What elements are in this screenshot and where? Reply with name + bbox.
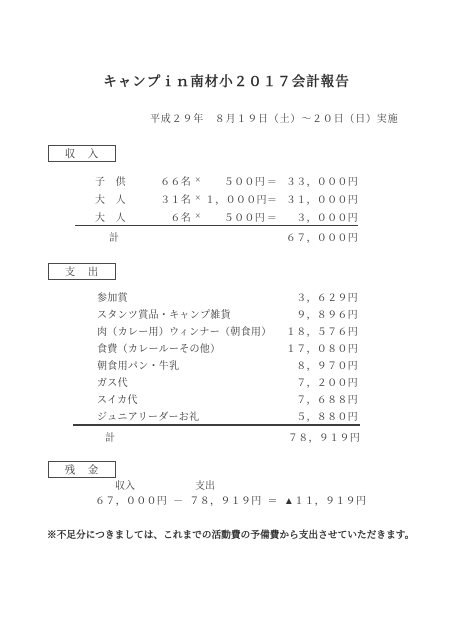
expense-row: ジュニアリーダーお礼 ５，８８０円 [75, 407, 358, 424]
expense-item-label: スタンツ賞品・キャンプ雑貨 [75, 306, 231, 321]
expense-item-label: ジュニアリーダーお礼 [75, 408, 199, 423]
expense-total-amount: ７８，９１９円 [288, 429, 360, 444]
expense-table: 参加賞 ３，６２９円 スタンツ賞品・キャンプ雑貨 ９，８９６円 肉（カレー用）ウ… [75, 288, 358, 424]
income-total-row: 計 ６７，０００円 [75, 225, 358, 245]
expense-item-label: 参加賞 [75, 289, 128, 304]
income-row: 大 人 ３１名 × １，０００円 ＝ ３１，０００円 [75, 189, 358, 207]
equals-sign: ＝ [265, 191, 279, 206]
section-header-income: 収 入 [48, 145, 116, 162]
section-header-balance: 残 金 [48, 461, 116, 478]
minus-sign: － [173, 492, 183, 507]
expense-item-label: 食費（カレールーその他） [75, 340, 220, 355]
income-item-label: 大 人 [75, 209, 143, 224]
expense-item-amount: ７，６８８円 [296, 391, 358, 406]
expense-item-amount: １８，５７６円 [286, 323, 358, 338]
expense-row: 朝食用パン・牛乳 ８，９７０円 [75, 356, 358, 373]
income-header-label: 収 入 [65, 146, 100, 161]
income-item-unit-price: ５００円 [205, 209, 265, 224]
income-item-count: ３１名 [143, 191, 191, 206]
expense-row: スタンツ賞品・キャンプ雑貨 ９，８９６円 [75, 305, 358, 322]
expense-row: 参加賞 ３，６２９円 [75, 288, 358, 305]
expense-item-label: 朝食用パン・牛乳 [75, 357, 179, 372]
balance-income-label: 収入 [115, 477, 135, 492]
multiply-sign: × [191, 211, 205, 222]
footnote: ※不足分につきましては、これまでの活動費の予備費から支出させていただきます。 [47, 527, 414, 541]
expense-row: 食費（カレールーその他） １７，０８０円 [75, 339, 358, 356]
income-item-amount: ３３，０００円 [279, 173, 358, 188]
expense-total-row: 計 ７８，９１９円 [73, 424, 360, 444]
income-row: 子 供 ６６名 × ５００円 ＝ ３３，０００円 [75, 171, 358, 189]
income-row: 大 人 ６名 × ５００円 ＝ ３，０００円 [75, 207, 358, 225]
expense-item-amount: ５，８８０円 [296, 408, 358, 423]
equals-sign: ＝ [268, 492, 278, 507]
expense-row: 肉（カレー用）ウィンナー（朝食用） １８，５７６円 [75, 322, 358, 339]
income-item-label: 大 人 [75, 191, 143, 206]
page-title: キャンプｉｎ南材小２０１７会計報告 [0, 70, 453, 90]
expense-item-amount: ３，６２９円 [296, 289, 358, 304]
expense-item-amount: ９，８９６円 [296, 306, 358, 321]
income-item-label: 子 供 [75, 173, 143, 188]
balance-income-amount: ６７，０００円 [95, 492, 167, 507]
date-line: 平成２９年 ８月１９日（土）～２０日（日）実施 [150, 110, 398, 125]
expense-total-label: 計 [73, 429, 115, 444]
accounting-report-page: キャンプｉｎ南材小２０１７会計報告 平成２９年 ８月１９日（土）～２０日（日）実… [0, 0, 453, 640]
multiply-sign: × [191, 175, 205, 186]
income-item-unit-price: １，０００円 [205, 191, 265, 206]
expense-row: スイカ代 ７，６８８円 [75, 390, 358, 407]
income-total-amount: ６７，０００円 [286, 229, 358, 244]
expense-header-label: 支 出 [65, 264, 100, 279]
expense-item-amount: ７，２００円 [296, 374, 358, 389]
balance-expense-label: 支出 [195, 477, 215, 492]
income-item-amount: ３，０００円 [279, 209, 358, 224]
income-item-unit-price: ５００円 [205, 173, 265, 188]
expense-row: ガス代 ７，２００円 [75, 373, 358, 390]
expense-item-label: ガス代 [75, 374, 128, 389]
income-item-count: ６６名 [143, 173, 191, 188]
balance-expense-amount: ７８，９１９円 [189, 492, 261, 507]
balance-deficit-amount: ▲１１，９１９円 [284, 492, 366, 507]
equals-sign: ＝ [265, 209, 279, 224]
expense-item-label: 肉（カレー用）ウィンナー（朝食用） [75, 323, 272, 338]
balance-header-label: 残 金 [65, 462, 100, 477]
equals-sign: ＝ [265, 173, 279, 188]
expense-item-label: スイカ代 [75, 391, 138, 406]
expense-item-amount: ８，９７０円 [296, 357, 358, 372]
expense-item-amount: １７，０８０円 [286, 340, 358, 355]
balance-equation: ６７，０００円 － ７８，９１９円 ＝ ▲１１，９１９円 [95, 492, 366, 507]
balance-column-labels: 収入 支出 [0, 477, 453, 490]
income-item-count: ６名 [143, 209, 191, 224]
section-header-expense: 支 出 [48, 263, 116, 280]
income-item-amount: ３１，０００円 [279, 191, 358, 206]
multiply-sign: × [191, 193, 205, 204]
income-total-label: 計 [75, 229, 119, 244]
income-table: 子 供 ６６名 × ５００円 ＝ ３３，０００円 大 人 ３１名 × １，０００… [75, 171, 358, 225]
